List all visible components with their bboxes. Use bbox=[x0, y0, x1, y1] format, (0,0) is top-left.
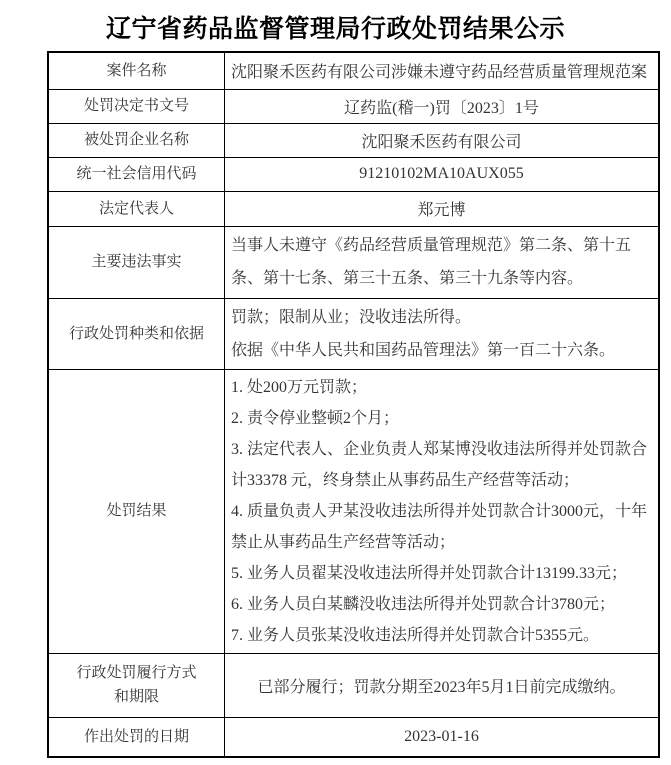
table-row-illegal-facts: 主要违法事实 当事人未遵守《药品经营质量管理规范》第二条、第十五条、第十七条、第… bbox=[48, 226, 659, 298]
table-row-legal-representative: 法定代表人 郑元博 bbox=[48, 191, 659, 226]
table-row-decision-number: 处罚决定书文号 辽药监(稽一)罚〔2023〕1号 bbox=[48, 89, 659, 123]
row-value-penalty-type-basis: 罚款；限制从业；没收违法所得。 依据《中华人民共和国药品管理法》第一百二十六条。 bbox=[225, 298, 660, 369]
table-row-case-name: 案件名称 沈阳聚禾医药有限公司涉嫌未遵守药品经营质量管理规范案 bbox=[48, 52, 659, 89]
illegal-facts-text: 当事人未遵守《药品经营质量管理规范》第二条、第十五条、第十七条、第三十五条、第三… bbox=[231, 229, 652, 295]
row-value-penalty-result: 1. 处200万元罚款； 2. 责令停业整顿2个月； 3. 法定代表人、企业负责… bbox=[225, 369, 660, 653]
penalty-table: 案件名称 沈阳聚禾医药有限公司涉嫌未遵守药品经营质量管理规范案 处罚决定书文号 … bbox=[47, 51, 660, 758]
row-label-legal-representative: 法定代表人 bbox=[48, 191, 225, 226]
table-row-fulfillment: 行政处罚履行方式 和期限 已部分履行；罚款分期至2023年5月1日前完成缴纳。 bbox=[48, 653, 659, 717]
penalty-result-item: 5. 业务人员翟某没收违法所得并处罚款合计13199.33元； bbox=[231, 558, 652, 589]
row-value-company-name: 沈阳聚禾医药有限公司 bbox=[225, 123, 660, 157]
row-label-penalty-result: 处罚结果 bbox=[48, 369, 225, 653]
table-row-penalty-result: 处罚结果 1. 处200万元罚款； 2. 责令停业整顿2个月； 3. 法定代表人… bbox=[48, 369, 659, 653]
row-value-fulfillment: 已部分履行；罚款分期至2023年5月1日前完成缴纳。 bbox=[225, 653, 660, 717]
penalty-result-item: 6. 业务人员白某麟没收违法所得并处罚款合计3780元； bbox=[231, 589, 652, 620]
row-value-case-name: 沈阳聚禾医药有限公司涉嫌未遵守药品经营质量管理规范案 bbox=[225, 52, 660, 89]
row-value-illegal-facts: 当事人未遵守《药品经营质量管理规范》第二条、第十五条、第十七条、第三十五条、第三… bbox=[225, 226, 660, 298]
penalty-result-item: 4. 质量负责人尹某没收违法所得并处罚款合计3000元，十年禁止从事药品生产经营… bbox=[231, 496, 652, 558]
penalty-result-item: 7. 业务人员张某没收违法所得并处罚款合计5355元。 bbox=[231, 620, 652, 651]
table-row-penalty-type-basis: 行政处罚种类和依据 罚款；限制从业；没收违法所得。 依据《中华人民共和国药品管理… bbox=[48, 298, 659, 369]
fulfillment-label-line: 行政处罚履行方式 bbox=[55, 661, 218, 685]
penalty-basis-line: 依据《中华人民共和国药品管理法》第一百二十六条。 bbox=[231, 334, 652, 367]
row-value-decision-number: 辽药监(稽一)罚〔2023〕1号 bbox=[225, 89, 660, 123]
row-label-fulfillment: 行政处罚履行方式 和期限 bbox=[48, 653, 225, 717]
row-value-credit-code: 91210102MA10AUX055 bbox=[225, 157, 660, 191]
row-label-case-name: 案件名称 bbox=[48, 52, 225, 89]
penalty-type-line: 罚款；限制从业；没收违法所得。 bbox=[231, 301, 652, 334]
row-label-decision-number: 处罚决定书文号 bbox=[48, 89, 225, 123]
row-label-penalty-type-basis: 行政处罚种类和依据 bbox=[48, 298, 225, 369]
table-row-company-name: 被处罚企业名称 沈阳聚禾医药有限公司 bbox=[48, 123, 659, 157]
table-row-penalty-date: 作出处罚的日期 2023-01-16 bbox=[48, 717, 659, 757]
row-label-company-name: 被处罚企业名称 bbox=[48, 123, 225, 157]
row-label-penalty-date: 作出处罚的日期 bbox=[48, 717, 225, 757]
row-value-penalty-date: 2023-01-16 bbox=[225, 717, 660, 757]
fulfillment-label-line: 和期限 bbox=[55, 685, 218, 709]
penalty-result-item: 2. 责令停业整顿2个月； bbox=[231, 403, 652, 434]
row-label-credit-code: 统一社会信用代码 bbox=[48, 157, 225, 191]
penalty-result-item: 3. 法定代表人、企业负责人郑某博没收违法所得并处罚款合计33378 元，终身禁… bbox=[231, 434, 652, 496]
table-row-credit-code: 统一社会信用代码 91210102MA10AUX055 bbox=[48, 157, 659, 191]
page-title: 辽宁省药品监督管理局行政处罚结果公示 bbox=[0, 9, 671, 45]
row-value-legal-representative: 郑元博 bbox=[225, 191, 660, 226]
row-label-illegal-facts: 主要违法事实 bbox=[48, 226, 225, 298]
penalty-result-item: 1. 处200万元罚款； bbox=[231, 372, 652, 403]
